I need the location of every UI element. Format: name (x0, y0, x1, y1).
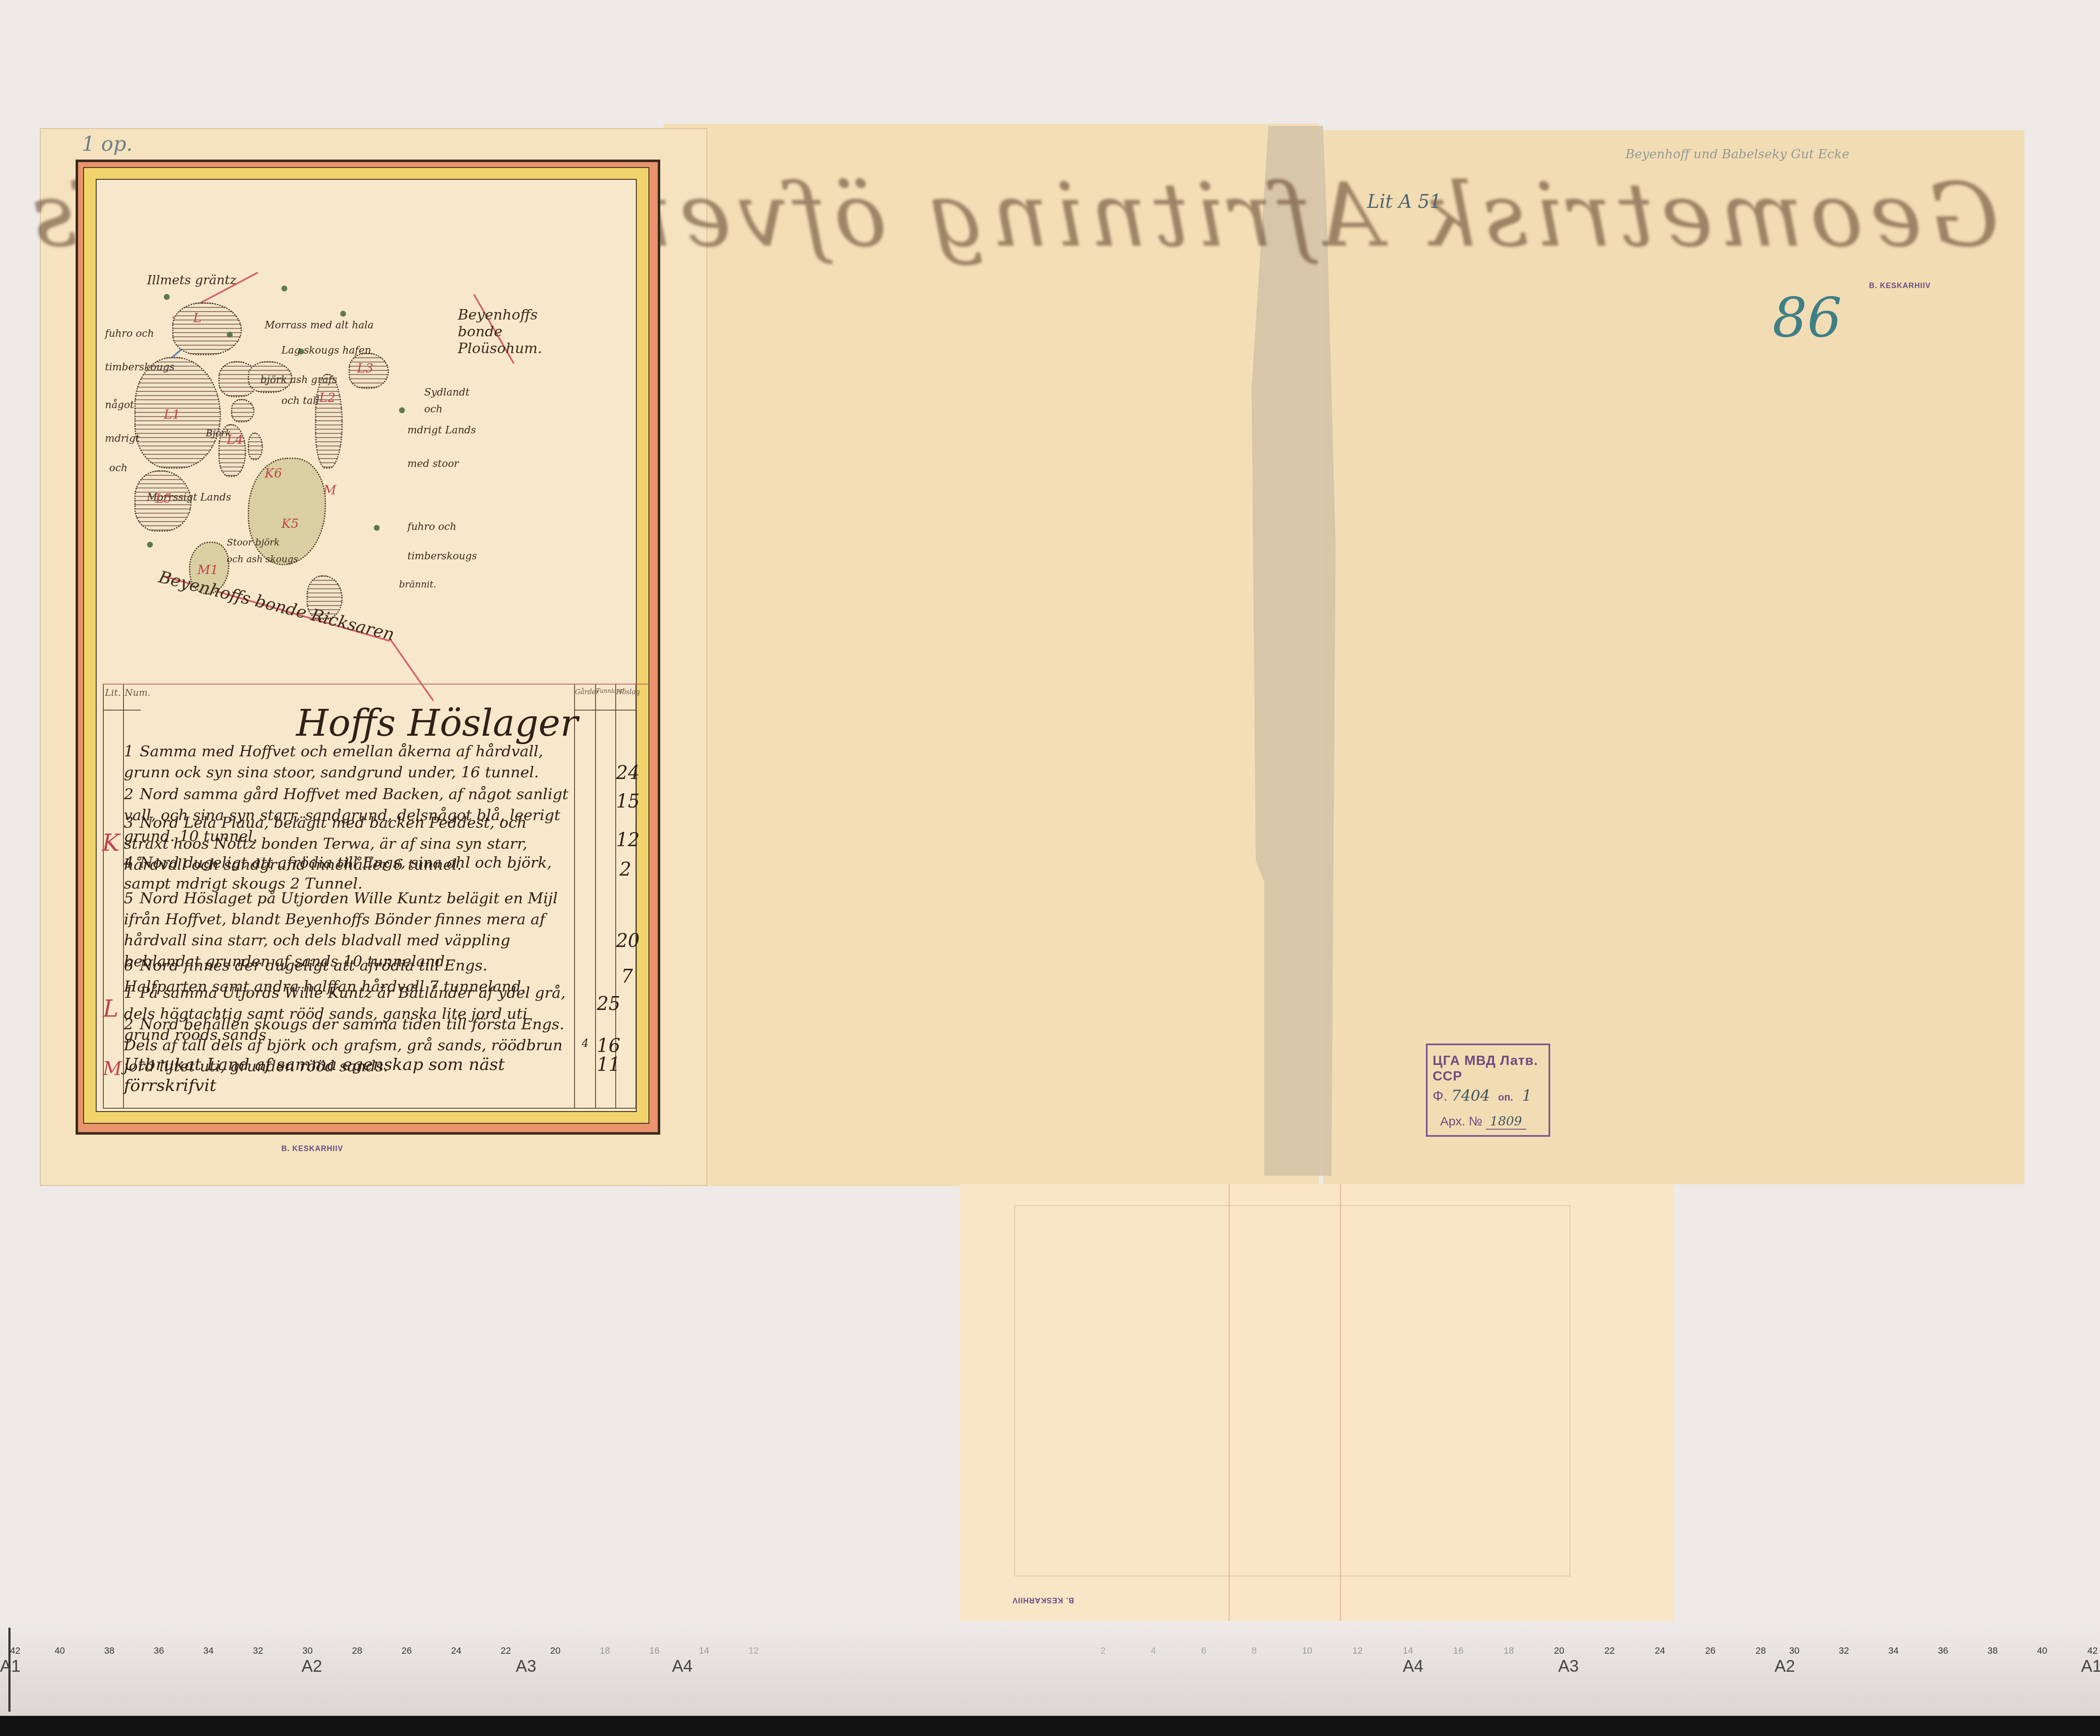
ruler-number: 28 (1756, 1645, 1766, 1656)
parcel-marker: L5 (155, 491, 172, 506)
column-header-garder: Gårder (575, 688, 599, 696)
register-value: 7 (621, 966, 633, 987)
tree-symbol (374, 525, 380, 531)
ruler-number: 8 (1252, 1645, 1257, 1656)
tree-symbol (340, 311, 346, 317)
scanner-edge (0, 1716, 2100, 1736)
ruler-number: 6 (1201, 1645, 1206, 1656)
register-title: Hoffs Höslager (296, 701, 578, 745)
tree-symbol (281, 286, 287, 291)
map-label: något (105, 399, 134, 411)
ruler-label: A2 (1774, 1657, 1795, 1676)
register-row: Utbrukat Land af samma egenskap som näst… (124, 1054, 569, 1096)
ruler-number: 30 (1789, 1645, 1799, 1656)
ruler-label: A4 (672, 1657, 693, 1676)
ruler-number: 2 (1100, 1645, 1105, 1656)
ruler-number: 26 (402, 1645, 412, 1656)
group-marker-l: L (103, 995, 118, 1023)
repair-tape (1252, 126, 1336, 1176)
column-header-num: Num. (125, 688, 150, 698)
archive-stamp-small: B. KESKARHIIV (1869, 281, 1931, 290)
register-value: 12 (616, 829, 640, 851)
parcel-marker: K6 (265, 466, 282, 481)
ruler-label: A1 (0, 1657, 21, 1676)
group-marker-m: M (103, 1058, 122, 1080)
register-value: 15 (616, 791, 640, 812)
tree-symbol (164, 294, 170, 300)
red-rule-line (1228, 1184, 1230, 1621)
stamp-archive-line: Арх. № 1809 (1440, 1114, 1526, 1129)
table-column-line (574, 684, 575, 1109)
group-marker-k: K (102, 829, 120, 857)
register-value: 25 (597, 993, 620, 1015)
archive-stamp-small: B. KESKARHIIV (281, 1144, 343, 1153)
ruler-number: 36 (154, 1645, 164, 1656)
ruler-number: 42 (2087, 1645, 2097, 1656)
ruler-number: 26 (1705, 1645, 1715, 1656)
map-label: Beyenhoffs bonde Ploüsohum. (458, 307, 567, 357)
parcel-marker: L4 (227, 433, 243, 447)
ruler-number: 34 (203, 1645, 213, 1656)
parcel-marker: L (193, 311, 202, 325)
map-label: Beyenhoffs bonde Ricksaren (157, 567, 396, 645)
scale-ruler: A1 A2 A3 A4 A4 A3 A2 A1 42 40 38 36 34 3… (0, 1623, 2100, 1716)
parcel-marker: M (323, 483, 336, 498)
map-label: stoor (433, 458, 459, 469)
ruler-number: 40 (55, 1645, 65, 1656)
tree-symbol (147, 542, 153, 548)
table-column-line (635, 684, 636, 1109)
paper-sheet-bottom-fold: B. KESKARHIIV (960, 1184, 1674, 1621)
ruler-number: 18 (600, 1645, 610, 1656)
map-label: Illmets gräntz (147, 273, 236, 288)
column-header-hoslag: Höslag (616, 688, 640, 696)
ruler-number: 32 (1839, 1645, 1849, 1656)
map-label: timberskougs (105, 361, 175, 373)
map-label: fuhro och (407, 521, 457, 532)
top-left-note: 1 op. (82, 132, 133, 156)
tree-symbol (227, 332, 233, 338)
ruler-number: 24 (1655, 1645, 1665, 1656)
table-bottom-line (103, 1108, 635, 1109)
ruler-number: 38 (104, 1645, 114, 1656)
map-label: mdrigt (105, 433, 139, 444)
ruler-label: A4 (1403, 1657, 1423, 1676)
folio-number: 86 (1772, 286, 1842, 349)
parcel-field (315, 374, 343, 469)
map-label: Lag skougs hafen (281, 344, 371, 356)
map-label: timberskougs (407, 550, 477, 562)
ruler-number: 40 (2037, 1645, 2047, 1656)
ruler-label: A2 (302, 1657, 322, 1676)
map-label: och (424, 403, 442, 415)
ruler-number: 34 (1888, 1645, 1898, 1656)
ruler-label: A3 (516, 1657, 536, 1676)
ruler-number: 14 (699, 1645, 709, 1656)
stamp-institution: ЦГА МВД Латв. ССР (1433, 1053, 1549, 1084)
archive-stamp: ЦГА МВД Латв. ССР Ф. 7404 оп. 1 Арх. № 1… (1426, 1044, 1550, 1137)
map-label: Morrass med alt hala (265, 319, 374, 331)
parcel-field (248, 433, 263, 460)
column-header-lit: Lit. (105, 688, 121, 698)
ruler-number: 24 (451, 1645, 461, 1656)
ruler-number: 36 (1938, 1645, 1948, 1656)
pencil-note: Beyenhoff und Babelseky Gut Ecke (1625, 147, 1849, 162)
red-rule-line (1340, 1184, 1341, 1621)
ruler-number: 28 (352, 1645, 362, 1656)
ruler-number: 18 (1504, 1645, 1514, 1656)
parcel-field (231, 399, 255, 422)
ruler-number: 16 (1453, 1645, 1463, 1656)
map-label: Sydlandt (424, 386, 470, 398)
ruler-number: 12 (748, 1645, 759, 1656)
register-value: 20 (616, 930, 640, 952)
parcel-field (172, 302, 242, 355)
map-label: med (407, 458, 429, 469)
ruler-number: 30 (302, 1645, 312, 1656)
register-value-prefix: 4 (582, 1037, 589, 1050)
register-row: 1 Samma med Hoffvet och emellan åkerna a… (124, 741, 569, 783)
map-label: fuhro och (105, 328, 154, 339)
archive-stamp-small: B. KESKARHIIV (1012, 1596, 1074, 1605)
faint-frame (1014, 1205, 1570, 1576)
estate-map: Illmets gräntz Beyenhoffs bonde Ploüsohu… (122, 248, 626, 668)
ruler-number: 14 (1403, 1645, 1413, 1656)
map-label: björk ash grafs (260, 374, 337, 385)
parcel-marker: K5 (281, 517, 299, 531)
map-label: och (109, 462, 127, 474)
ruler-number: 4 (1151, 1645, 1156, 1656)
ruler-number: 22 (501, 1645, 511, 1656)
reference-note: Lit A 51 (1367, 191, 1441, 212)
paper-sheet-middle (664, 124, 1319, 1186)
register-value: 11 (597, 1054, 620, 1075)
land-register-table: Lit. Num. Gårder Tunnland Höslag Hoffs H… (103, 684, 649, 1113)
register-value: 2 (619, 859, 631, 880)
meadow-area (248, 458, 326, 565)
parcel-marker: M1 (197, 563, 218, 577)
map-label: mdrigt Lands (407, 424, 476, 436)
ruler-number: 22 (1604, 1645, 1614, 1656)
ruler-number: 32 (253, 1645, 263, 1656)
table-header-line (574, 710, 635, 711)
stamp-fond-line: Ф. 7404 оп. 1 (1433, 1087, 1532, 1104)
map-label: och tall (281, 395, 319, 406)
register-value: 24 (616, 762, 640, 784)
tree-symbol (399, 407, 405, 413)
ruler-number: 16 (649, 1645, 659, 1656)
table-border (103, 684, 104, 1109)
table-column-line (595, 684, 596, 1109)
ruler-label: A3 (1558, 1657, 1579, 1676)
map-label: och ash skougs (227, 554, 298, 565)
map-label: Stoor björk (227, 538, 280, 548)
register-value: 16 (597, 1035, 620, 1057)
table-header-line (103, 710, 141, 711)
map-label: brännit. (399, 580, 436, 590)
parcel-marker: L2 (319, 391, 336, 405)
ruler-number: 42 (10, 1645, 20, 1656)
parcel-marker: L3 (357, 361, 373, 376)
ruler-number: 38 (1987, 1645, 1998, 1656)
parcel-marker: L1 (164, 407, 180, 422)
ruler-label: A1 (2081, 1657, 2100, 1676)
ruler-number: 20 (1554, 1645, 1564, 1656)
ruler-number: 20 (550, 1645, 560, 1656)
ruler-number: 10 (1302, 1645, 1312, 1656)
ruler-number: 12 (1352, 1645, 1362, 1656)
